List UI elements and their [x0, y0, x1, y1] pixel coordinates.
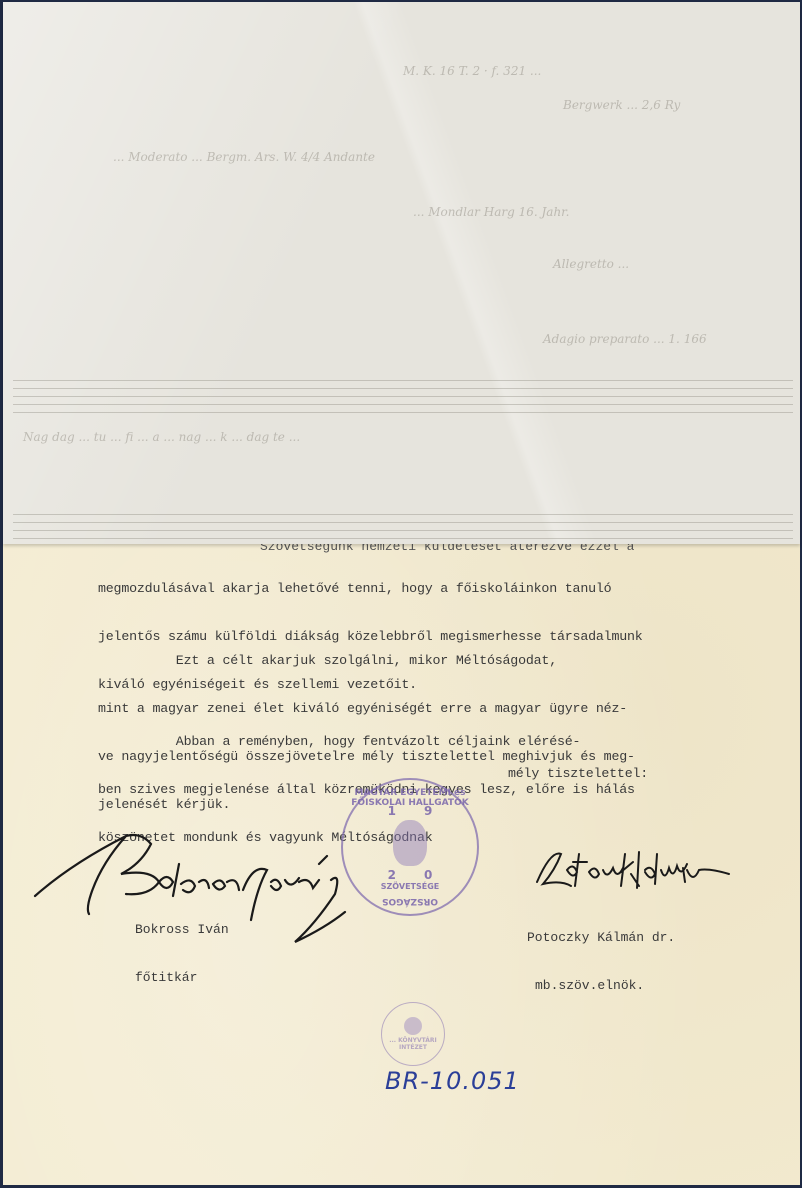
music-staff: [13, 514, 793, 546]
signatory-2-name: Potoczky Kálmán dr.: [527, 930, 675, 946]
folded-flap: M. K. 16 T. 2 · f. 321 ... Bergwerk ... …: [3, 2, 800, 544]
ghost-text: ... Mondlar Harg 16. Jahr.: [413, 205, 569, 219]
stamp-center-text: SZÖVETSÉGE: [381, 882, 440, 891]
ghost-text: Adagio preparato ... 1. 166: [543, 332, 707, 346]
ghost-text: Allegretto ...: [553, 257, 629, 271]
signatory-1-title: főtitkár: [135, 970, 229, 986]
stamp-ring-text-top: MAGYAR EGYETEMI és FŐISKOLAI HALLGATÓK: [343, 788, 477, 808]
signatory-2-title: mb.szöv.elnök.: [527, 978, 675, 994]
archive-reference-number: BR-10.051: [385, 1067, 520, 1095]
signatory-2-block: Potoczky Kálmán dr. mb.szöv.elnök.: [527, 898, 675, 1026]
stamp-year-right: 20: [388, 868, 461, 882]
ghost-text: ... Moderato ... Bergm. Ars. W. 4/4 Anda…: [113, 150, 375, 164]
library-stamp-text: ... KÖNYVTÁRI INTÉZET: [382, 1037, 444, 1051]
ghost-text: Bergwerk ... 2,6 Ry: [563, 98, 680, 112]
emblem-icon: [404, 1017, 422, 1035]
library-stamp: ... KÖNYVTÁRI INTÉZET: [381, 1002, 445, 1066]
coat-of-arms-icon: [393, 820, 427, 866]
text-line: Abban a reményben, hogy fentvázolt célja…: [98, 734, 635, 750]
ghost-lyrics: Nag dag ... tu ... fi ... a ... nag ... …: [23, 430, 300, 444]
music-staff: [13, 380, 793, 420]
signatory-1-block: Bokross Iván főtitkár: [135, 890, 229, 1018]
signature-potoczky: [531, 840, 751, 900]
signatory-1-name: Bokross Iván: [135, 922, 229, 938]
closing-salutation: mély tisztelettel:: [508, 766, 648, 782]
text-line: Ezt a célt akarjuk szolgálni, mikor Mélt…: [98, 653, 635, 669]
text-line: megmozdulásával akarja lehetővé tenni, h…: [98, 581, 643, 597]
ghost-text: M. K. 16 T. 2 · f. 321 ...: [403, 64, 541, 78]
